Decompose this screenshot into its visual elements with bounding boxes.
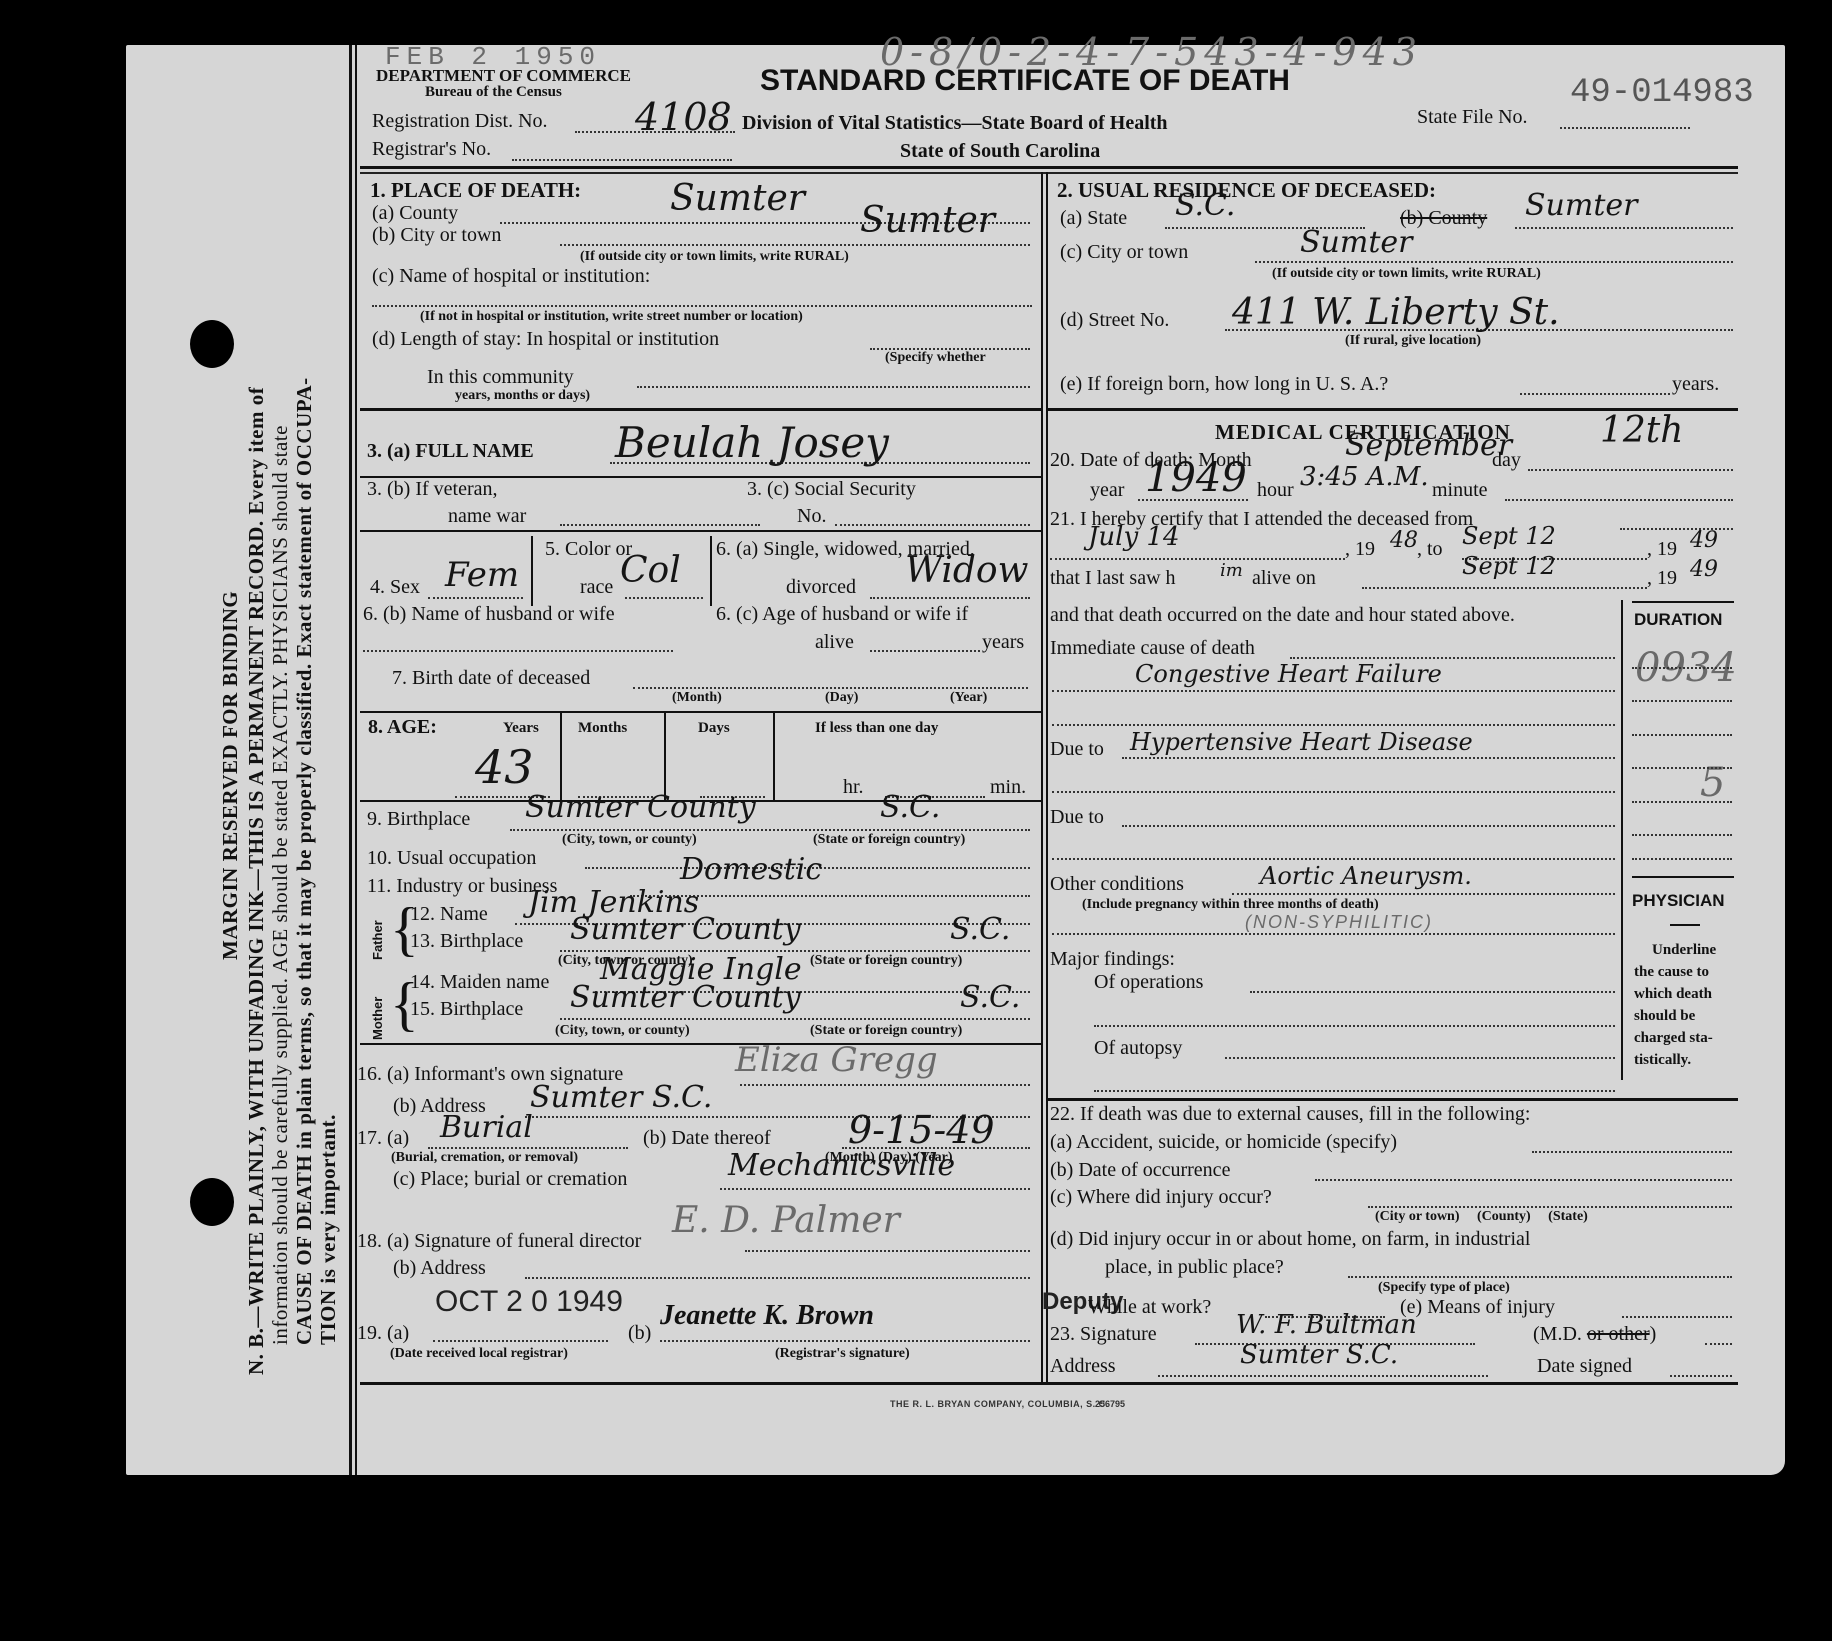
death-occurred-label: and that death occurred on the date and …	[1050, 604, 1515, 627]
funeral-director-label: 18. (a) Signature of funeral director	[357, 1230, 641, 1253]
father-bracket-label: Father	[370, 920, 385, 960]
funeral-director-signature: E. D. Palmer	[672, 1200, 900, 1241]
mother-birthplace-label: 15. Birthplace	[410, 998, 523, 1021]
md-struck-text: or other	[1587, 1323, 1650, 1345]
age-years-label: Years	[503, 720, 539, 737]
margin-instruction-line-2: information should be carefully supplied…	[268, 425, 293, 1345]
age-years-value: 43	[475, 740, 534, 794]
registrar-date-stamp: OCT 2 0 1949	[435, 1285, 623, 1319]
form-number: 256795	[1095, 1399, 1125, 1409]
physician-note-5: charged sta-	[1634, 1030, 1713, 1047]
last-year-value: 49	[1690, 557, 1718, 582]
physician-note-6: tistically.	[1634, 1052, 1691, 1069]
margin-instruction-line-4: TION is very important.	[316, 1114, 341, 1345]
burial-date-label: (b) Date thereof	[643, 1127, 771, 1150]
father-name-label: 12. Name	[410, 903, 488, 926]
injury-place-note: (Specify type of place)	[1378, 1280, 1510, 1296]
spouse-alive-label: alive	[815, 631, 854, 654]
burial-note: (Burial, cremation, or removal)	[391, 1150, 578, 1166]
certificate-page	[126, 45, 1785, 1475]
physician-heading: PHYSICIAN	[1632, 891, 1725, 911]
father-bp-state-note: (State or foreign country)	[810, 953, 962, 969]
death-city-value: Sumter	[860, 200, 995, 241]
birthplace-city-value: Sumter County	[525, 790, 756, 825]
sex-value: Fem	[445, 555, 519, 595]
occupation-value: Domestic	[680, 852, 822, 887]
marital-value: Widow	[905, 550, 1028, 591]
accident-label: (a) Accident, suicide, or homicide (spec…	[1050, 1131, 1397, 1154]
age-label: 8. AGE:	[368, 716, 437, 739]
hospital-label: (c) Name of hospital or institution:	[372, 265, 650, 288]
due-to-1-value: Hypertensive Heart Disease	[1130, 728, 1473, 756]
mother-bp-city-note: (City, town, or county)	[555, 1023, 690, 1039]
birth-year-note: (Year)	[950, 690, 987, 706]
registrar-no-label: Registrar's No.	[372, 138, 491, 161]
occurrence-date-label: (b) Date of occurrence	[1050, 1159, 1230, 1182]
foreign-born-suffix: years.	[1672, 373, 1719, 396]
registrar-sig-label: (b)	[628, 1322, 651, 1345]
death-day-value: 12th	[1600, 410, 1683, 451]
physician-note-1: Underline	[1652, 942, 1716, 959]
res-county-label: (b) County	[1400, 207, 1487, 230]
father-birthplace-label: 13. Birthplace	[410, 930, 523, 953]
death-hour-value: 3:45 A.M.	[1300, 462, 1429, 492]
physician-note-3: which death	[1634, 986, 1712, 1003]
death-county-value: Sumter	[670, 178, 805, 219]
divorced-label: divorced	[786, 576, 856, 599]
informant-sig-value: Eliza Gregg	[735, 1040, 938, 1080]
registrar-date-label: 19. (a)	[357, 1322, 409, 1345]
death-hour-label: hour	[1257, 479, 1294, 502]
spouse-name-label: 6. (b) Name of husband or wife	[363, 603, 615, 626]
binding-hole-top	[190, 320, 234, 368]
attended-to-value: Sept 12	[1462, 522, 1556, 550]
community-label: In this community	[427, 366, 574, 389]
sex-label: 4. Sex	[370, 576, 420, 599]
bureau-label: Bureau of the Census	[425, 84, 562, 101]
hospital-note: (If not in hospital or institution, writ…	[420, 309, 803, 325]
date-signed-label: Date signed	[1537, 1355, 1632, 1378]
full-name-value: Beulah Josey	[615, 418, 889, 467]
division-label: Division of Vital Statistics—State Board…	[742, 112, 1168, 135]
injury-location-label: (c) Where did injury occur?	[1050, 1186, 1272, 1209]
funeral-director-address-label: (b) Address	[393, 1257, 486, 1280]
due-to-2-label: Due to	[1050, 806, 1104, 829]
veteran-war-label: name war	[448, 505, 526, 528]
birthplace-state-note: (State or foreign country)	[813, 832, 965, 848]
burial-date-value: 9-15-49	[848, 1108, 995, 1152]
death-day-label: day	[1492, 449, 1521, 472]
margin-divider-outer	[349, 45, 352, 1475]
registrar-sig-note: (Registrar's signature)	[775, 1346, 910, 1362]
state-file-label: State File No.	[1417, 106, 1528, 129]
injury-location-notes: (City or town) (County) (State)	[1375, 1209, 1588, 1225]
means-of-injury-label: (e) Means of injury	[1400, 1296, 1555, 1319]
form-bottom-rule	[360, 1382, 1738, 1385]
due-to-1-label: Due to	[1050, 738, 1104, 761]
birthplace-label: 9. Birthplace	[367, 808, 470, 831]
header-rule	[360, 166, 1738, 169]
immediate-cause-value: Congestive Heart Failure	[1135, 660, 1442, 688]
age-months-label: Months	[578, 720, 627, 737]
physician-signature-value: W. F. Bultman	[1236, 1310, 1417, 1340]
department-label: DEPARTMENT OF COMMERCE	[376, 66, 631, 86]
other-conditions-value: Aortic Aneurysm.	[1260, 862, 1472, 890]
state-label: State of South Carolina	[900, 140, 1100, 163]
while-at-work-label: While at work?	[1088, 1296, 1211, 1319]
age-lessday-label: If less than one day	[815, 720, 938, 737]
age-label-text: 8. AGE:	[368, 716, 437, 738]
external-causes-heading: 22. If death was due to external causes,…	[1050, 1103, 1530, 1126]
residence-heading: 2. USUAL RESIDENCE OF DECEASED:	[1057, 178, 1436, 203]
other-conditions-note: (Include pregnancy within three months o…	[1082, 897, 1379, 913]
md-label-text: (M.D.	[1533, 1323, 1582, 1345]
ssn-label: 3. (c) Social Security	[747, 478, 916, 501]
state-file-value: 49-014983	[1570, 74, 1754, 112]
registration-dist-label: Registration Dist. No.	[372, 110, 548, 133]
registrar-name-stamp: Jeanette K. Brown	[660, 1300, 874, 1332]
burial-value: Burial	[440, 1110, 533, 1145]
operations-label: Of operations	[1094, 971, 1203, 994]
mother-birthplace-state: S.C.	[960, 980, 1020, 1015]
mother-bp-state-note: (State or foreign country)	[810, 1023, 962, 1039]
md-label: (M.D. or other)	[1533, 1323, 1656, 1346]
physician-note-2: the cause to	[1634, 964, 1709, 981]
to-label: , to	[1417, 538, 1443, 561]
physician-address-label: Address	[1050, 1355, 1116, 1378]
father-birthplace-state: S.C.	[950, 912, 1010, 947]
spouse-age-suffix: years	[982, 631, 1024, 654]
veteran-label: 3. (b) If veteran,	[367, 478, 498, 501]
non-syphilitic-annotation: (NON-SYPHILITIC)	[1245, 912, 1433, 933]
md-close: )	[1650, 1323, 1657, 1345]
printer-imprint: THE R. L. BRYAN COMPANY, COLUMBIA, S. C.	[890, 1399, 1109, 1409]
length-of-stay-note: (Specify whether	[885, 350, 986, 366]
res-city-label: (c) City or town	[1060, 241, 1188, 264]
death-year-label: year	[1090, 479, 1124, 502]
death-minute-label: minute	[1432, 479, 1488, 502]
autopsy-label: Of autopsy	[1094, 1037, 1182, 1060]
to-year-value: 49	[1690, 528, 1718, 553]
physician-address-value: Sumter S.C.	[1240, 1340, 1398, 1370]
immediate-cause-label: Immediate cause of death	[1050, 637, 1255, 660]
burial-place-value: Mechanicsville	[728, 1148, 955, 1183]
to-year-prefix: , 19	[1647, 538, 1677, 561]
margin-instruction-line-3: CAUSE OF DEATH in plain terms, so that i…	[292, 377, 317, 1345]
birth-date-label: 7. Birth date of deceased	[392, 667, 590, 690]
birthplace-state-value: S.C.	[880, 790, 940, 825]
registration-dist-value: 4108	[635, 95, 732, 139]
death-city-note: (If outside city or town limits, write R…	[580, 249, 849, 265]
last-saw-value: Sept 12	[1462, 552, 1556, 580]
informant-address-value: Sumter S.C.	[530, 1080, 712, 1115]
column-divider	[1041, 172, 1043, 1382]
other-conditions-label: Other conditions	[1050, 873, 1184, 896]
mother-name-label: 14. Maiden name	[410, 971, 549, 994]
death-county-label: (a) County	[372, 202, 458, 225]
birth-day-note: (Day)	[825, 690, 858, 706]
race-value: Col	[620, 550, 681, 591]
res-street-note: (If rural, give location)	[1345, 333, 1481, 349]
age-days-label: Days	[698, 720, 730, 737]
from-year-value: 48	[1390, 528, 1418, 553]
physician-signature-label: 23. Signature	[1050, 1323, 1157, 1346]
race-label: race	[580, 576, 613, 599]
spouse-age-label: 6. (c) Age of husband or wife if	[716, 603, 968, 626]
duration-column-divider	[1621, 600, 1623, 1080]
last-saw-pronoun: im	[1220, 560, 1243, 581]
place-of-death-heading: 1. PLACE OF DEATH:	[370, 178, 581, 203]
foreign-born-label: (e) If foreign born, how long in U. S. A…	[1060, 373, 1388, 396]
physician-note-4: should be	[1634, 1008, 1695, 1025]
ssn-no-label: No.	[797, 505, 826, 528]
res-state-value: S.C.	[1175, 188, 1235, 223]
res-street-label: (d) Street No.	[1060, 309, 1169, 332]
birth-month-note: (Month)	[672, 690, 722, 706]
last-saw-label-2: alive on	[1252, 567, 1316, 590]
death-year-value: 1949	[1145, 455, 1247, 501]
injury-place-label-2: place, in public place?	[1105, 1256, 1284, 1279]
attended-from-value: July 14	[1088, 522, 1180, 552]
major-findings-label: Major findings:	[1050, 948, 1175, 971]
mother-birthplace-city: Sumter County	[570, 980, 801, 1015]
full-name-label: 3. (a) FULL NAME	[367, 440, 534, 463]
burial-label: 17. (a)	[357, 1127, 409, 1150]
community-note: years, months or days)	[455, 388, 590, 404]
registrar-date-note: (Date received local registrar)	[390, 1346, 568, 1362]
pencil-index-number: 0-8/0-2-4-7-543-4-943	[880, 30, 1423, 74]
last-year-prefix: , 19	[1647, 567, 1677, 590]
death-city-label: (b) City or town	[372, 224, 501, 247]
from-year-prefix: , 19	[1345, 538, 1375, 561]
father-birthplace-city: Sumter County	[570, 912, 801, 947]
margin-instruction-line-1: N. B.—WRITE PLAINLY, WITH UNFADING INK—T…	[244, 387, 269, 1375]
occupation-label: 10. Usual occupation	[367, 847, 536, 870]
injury-place-label: (d) Did injury occur in or about home, o…	[1050, 1228, 1530, 1251]
binding-hole-bottom	[190, 1178, 234, 1226]
birthplace-city-note: (City, town, or county)	[562, 832, 697, 848]
age-hr-label: hr.	[843, 776, 864, 799]
margin-divider-inner	[355, 45, 357, 1475]
res-city-note: (If outside city or town limits, write R…	[1272, 266, 1541, 282]
res-state-label: (a) State	[1060, 207, 1127, 230]
res-street-value: 411 W. Liberty St.	[1232, 292, 1560, 333]
death-month-value: September	[1345, 428, 1512, 463]
res-city-value: Sumter	[1300, 225, 1412, 260]
burial-place-label: (c) Place; burial or cremation	[393, 1168, 627, 1191]
length-of-stay-label: (d) Length of stay: In hospital or insti…	[372, 328, 719, 351]
duration-heading: DURATION	[1634, 610, 1722, 630]
mother-bracket-label: Mother	[370, 997, 385, 1040]
age-min-label: min.	[990, 776, 1026, 799]
res-county-value: Sumter	[1525, 188, 1637, 223]
last-saw-label: that I last saw h	[1050, 567, 1176, 590]
margin-binding-note: MARGIN RESERVED FOR BINDING	[218, 591, 243, 960]
